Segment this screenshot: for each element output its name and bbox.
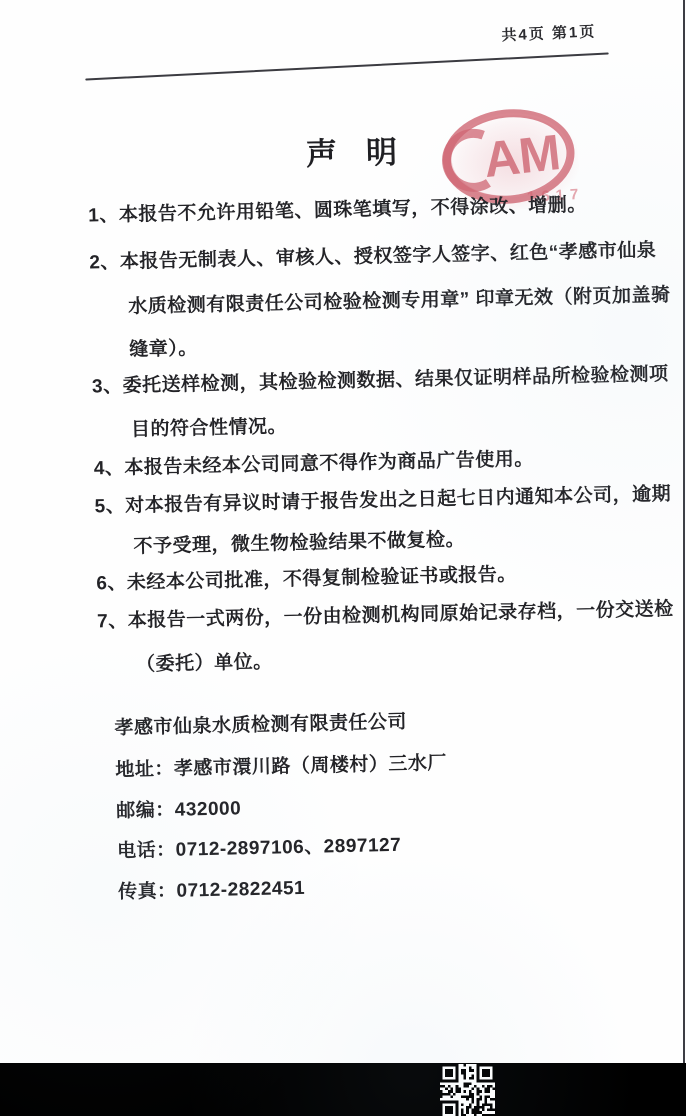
statement-line: 6、未经本公司批准，不得复制检验证书或报告。: [96, 557, 616, 595]
company-phone: 电话：0712-2897106、2897127: [117, 830, 402, 863]
statement-line: 缝章）。: [129, 323, 649, 361]
statement-line: 3、委托送样检测，其检验检测数据、结果仅证明样品所检验检测项: [92, 360, 612, 398]
scan-edge-line: [683, 0, 685, 1064]
page-content: 共4页 第1页 声明 AM 1617 1、本报告不允许用铅笔、圆珠笔填写，不得涂…: [0, 0, 686, 1116]
statement-line: （委托）单位。: [136, 638, 656, 676]
stamp-letters: AM: [481, 124, 562, 188]
statement-line: 不予受理，微生物检验结果不做复检。: [133, 520, 653, 558]
company-postcode: 邮编：432000: [116, 793, 241, 823]
scanned-report-page: 共4页 第1页 声明 AM 1617 1、本报告不允许用铅笔、圆珠笔填写，不得涂…: [0, 0, 686, 1116]
statement-list: 1、本报告不允许用铅笔、圆珠笔填写，不得涂改、增删。 2、本报告无制表人、审核人…: [0, 0, 675, 8]
page-number-label: 共4页 第1页: [501, 20, 597, 45]
statement-line: 4、本报告未经本公司同意不得作为商品广告使用。: [93, 442, 613, 480]
company-fax: 传真：0712-2822451: [118, 873, 306, 904]
company-name: 孝感市仙泉水质检测有限责任公司: [114, 707, 407, 740]
company-address: 地址：孝感市澴川路（周楼村）三水厂: [115, 748, 447, 782]
statement-line: 1、本报告不允许用铅笔、圆珠笔填写，不得涂改、增删。: [88, 189, 608, 227]
statement-line: 水质检测有限责任公司检验检测专用章” 印章无效（附页加盖骑: [128, 280, 648, 318]
statement-line: 目的符合性情况。: [131, 403, 651, 441]
bottom-black-bar: [0, 1063, 686, 1116]
qr-code: [440, 1064, 495, 1116]
statement-line: 7、本报告一式两份，一份由检测机构同原始记录存档，一份交送检: [97, 595, 617, 633]
header-divider-line: [85, 52, 608, 80]
company-info-block: 孝感市仙泉水质检测有限责任公司 地址：孝感市澴川路（周楼村）三水厂 邮编：432…: [99, 0, 579, 5]
page-title: 声明: [305, 126, 426, 174]
statement-line: 2、本报告无制表人、审核人、授权签字人签字、红色“孝感市仙泉: [89, 236, 609, 274]
statement-line: 5、对本报告有异议时请于报告发出之日起七日内通知本公司，逾期: [94, 480, 614, 518]
